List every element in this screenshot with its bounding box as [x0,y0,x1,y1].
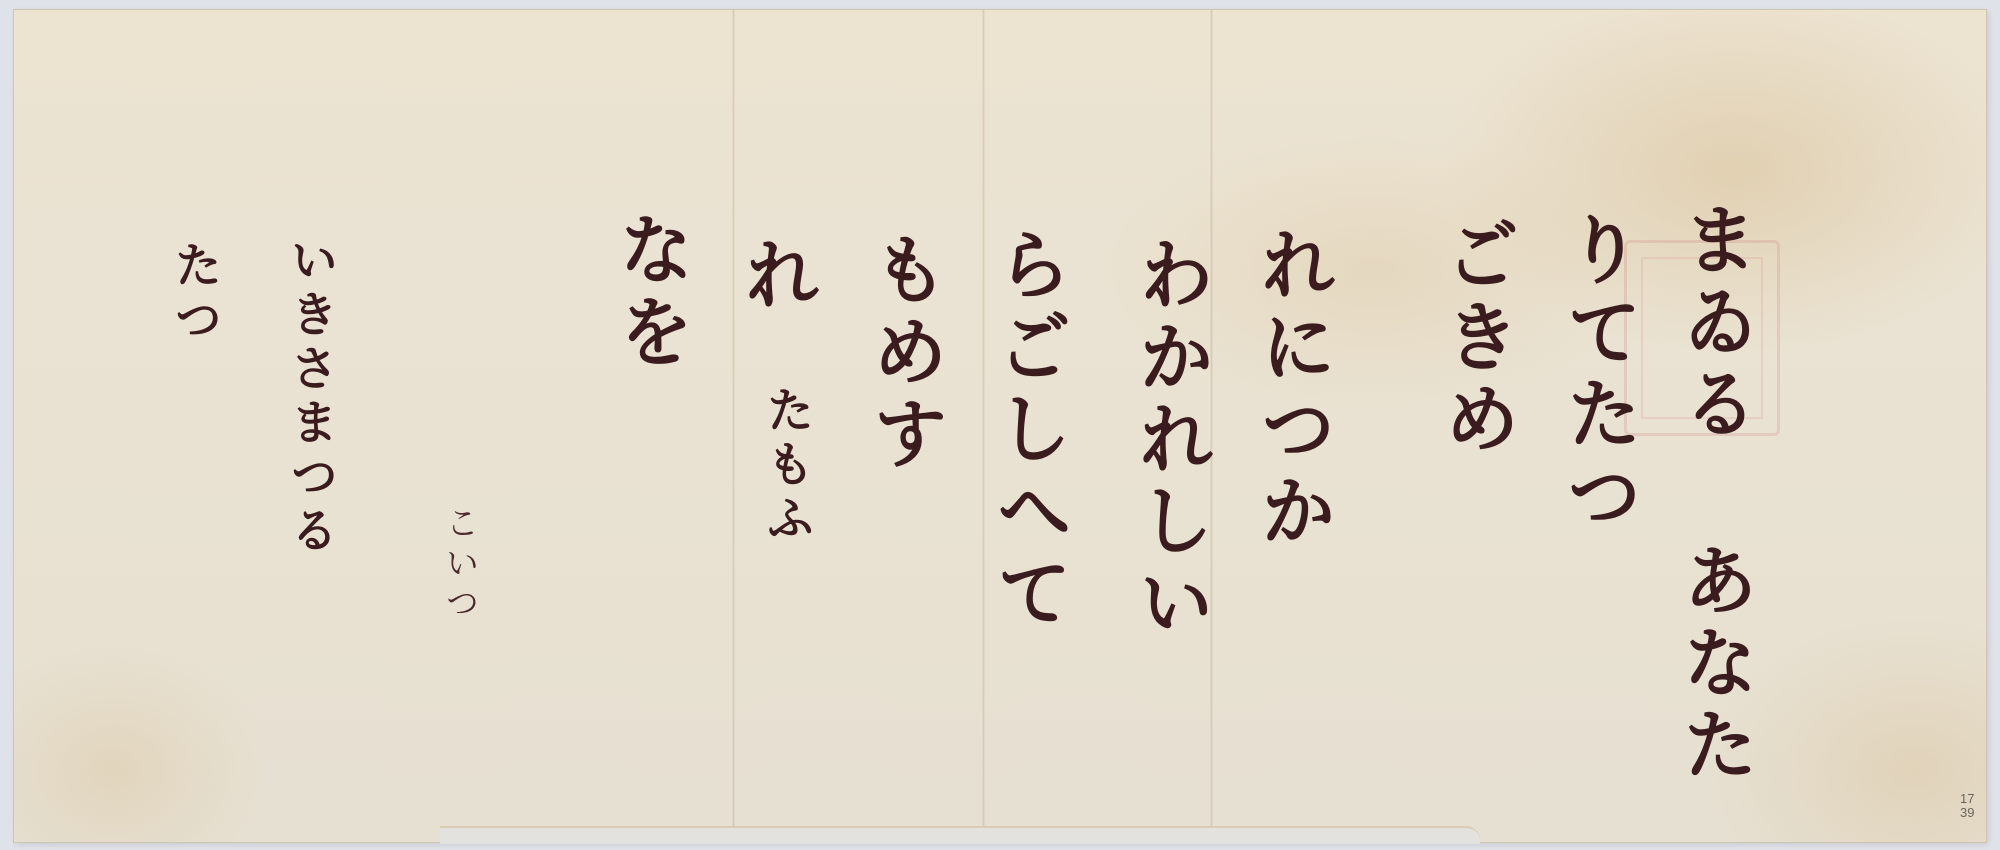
calligraphy-column-7: もめす [866,230,942,476]
calligraphy-column-8-small: たもふ [762,385,810,547]
calligraphy-column-9: なを [612,210,688,374]
calligraphy-column-5: わかれしい [1132,235,1208,645]
calligraphy-column-6: らごしへて [990,225,1066,635]
calligraphy-column-2: りてたつ [1560,210,1636,538]
calligraphy-column-8: れ [738,235,814,317]
pencil-number-line2: 39 [1960,806,1974,820]
calligraphy-column-signature: こいつ [442,505,476,625]
paper-sheet: まゐる あなた りてたつ ごきめ れにつか わかれしい らごしへて もめす れ … [14,10,1986,842]
calligraphy-column-12: たつ [170,240,218,348]
calligraphy-column-11: いきさまつる [286,235,334,559]
fold-line [732,10,735,842]
calligraphy-column-1: まゐる あなた [1676,200,1752,787]
calligraphy-column-3: ごきめ [1438,215,1514,461]
mount-edge [440,826,1480,844]
calligraphy-column-4: れにつか [1254,225,1330,553]
pencil-number-line1: 17 [1960,792,1974,806]
pencil-catalog-number: 17 39 [1960,792,1974,820]
